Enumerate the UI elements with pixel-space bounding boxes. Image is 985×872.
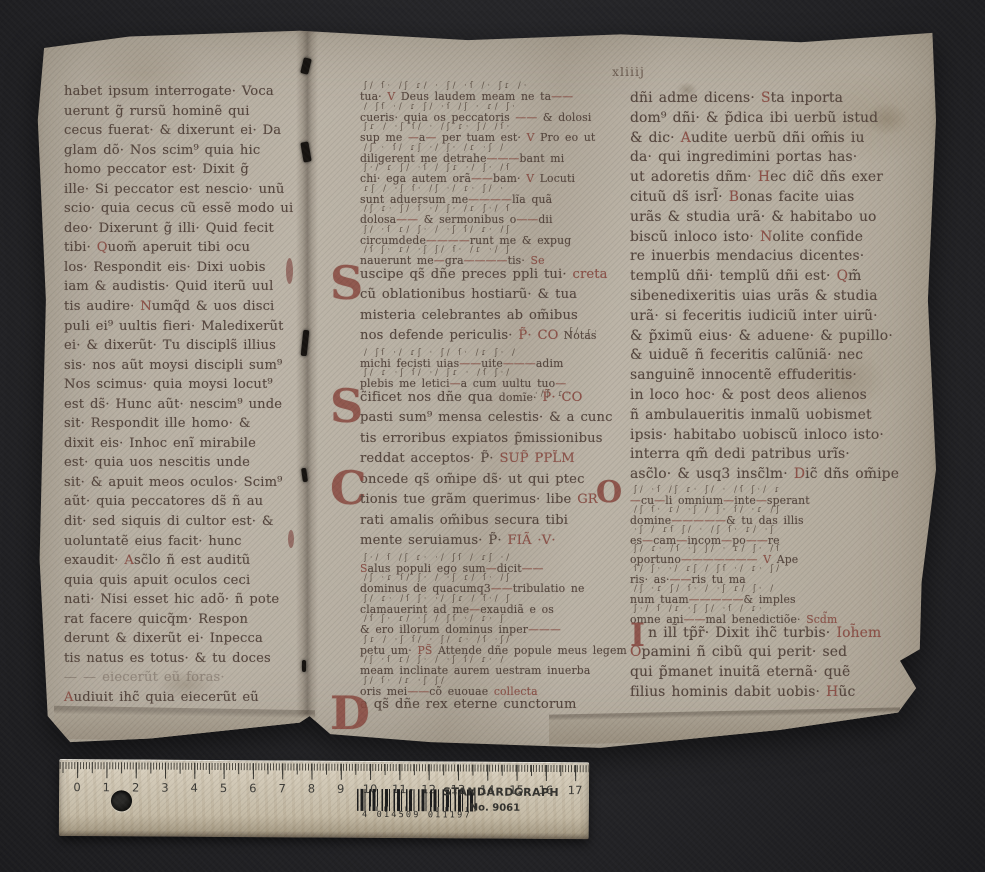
ink-text: tis audire· — [64, 299, 140, 314]
ink-text: qui p̃manet inuitã eternã· quẽ — [630, 664, 850, 680]
ink-text: dixit eis· Inhoc enĩ mirabile — [64, 436, 256, 451]
ink-text: & uiduẽ ñ feceritis calũniã· nec — [630, 347, 863, 363]
illuminated-initial: O — [596, 478, 622, 508]
line-text: glam dõ· Nos scim⁹ quia hic — [64, 143, 260, 158]
ink-text: Locuti — [534, 172, 575, 185]
ink-text: udiuit ihc̃ quia eiecerũt eũ — [74, 690, 259, 705]
text-line: sis· nos aũt moysi discipli sum⁹ — [64, 358, 310, 378]
ink-text: habet ipsum interrogate· Voca — [64, 84, 274, 99]
line-text: est ds̃· Hunc aũt· nescim⁹ unde — [64, 397, 282, 412]
line-text: mente seruiamus· P̃· FIÃ ·V· — [360, 533, 556, 548]
neume-row: /ʃ ſ· ɾ/ ·ʃ / ʃ· ſ/ ·ɾ /ʃ — [634, 505, 782, 515]
text-line: mente seruiamus· P̃· FIÃ ·V· — [360, 533, 612, 554]
line-text: urãs & studia urã· & habitabo uo — [630, 209, 877, 225]
ink-text: templũ dñi· templũ dñi est· — [630, 268, 837, 284]
ruler-cm-number: 1 — [103, 780, 110, 794]
ink-text: tis erroribus expiatos p̃missionibus — [360, 431, 603, 446]
ruler-brand: STANDARDGRAPH — [443, 785, 547, 799]
rubric-text: — — [434, 254, 445, 267]
ink-text: quia quis apuit oculos ceci — [64, 573, 250, 588]
text-line: ʃ·/ ɾ ʃ/ ·ſ / ʃɾ ·/ ʃ· /ſchi· ega autem … — [360, 164, 612, 185]
ruler-model: No. 9061 — [443, 802, 547, 814]
ink-text: dom⁹ dñi· & p̃dica ibi uerbũ istud — [630, 110, 878, 126]
text-line: pasti sum⁹ mensa celestis· & a cunc — [360, 410, 612, 431]
text-line: cũ oblationibus hostiarũ· & tua — [360, 287, 612, 308]
ink-text: sc̃lo ñ est auditũ — [134, 553, 250, 568]
ink-text: in loco hoc· & post deos alienos — [630, 387, 867, 403]
line-text: dit· sed siquis di cultor est· & — [64, 514, 274, 529]
ink-text: aũt· quia peccatores ds̃ ñ au — [64, 494, 263, 509]
ink-text: cũ oblationibus hostiarũ· & tua — [360, 287, 577, 302]
rubric-text: SUP̃ PPL̃M — [499, 451, 574, 466]
rubric-text: H — [758, 169, 770, 185]
neume-row: ʃ·/ ſ /ʃ ɾ· ·/ ʃſ / ɾʃ ·/ — [364, 553, 512, 563]
rubric-text: collecta — [494, 685, 538, 698]
ink-text: & p̃ximũ eius· & aduene· & pupillo· — [630, 328, 893, 344]
text-line: ʃ/ ſ· /ɾ ·ʃ ʃ/oris mei——cõ euouae collec… — [360, 677, 612, 698]
ink-text: biscũ inloco isto· — [630, 229, 760, 245]
neume-row: ʃ/ ·ſ ɾ/ ʃ· / ·ʃ ſ/ ɾ· /ʃ — [364, 225, 512, 235]
text-line: ille· Si peccator est nescio· unũ — [64, 182, 310, 202]
line-text: tis erroribus expiatos p̃missionibus — [360, 431, 603, 446]
text-line: ipsis· habitabo uobiscũ inloco isto· — [630, 427, 942, 447]
ink-text: rat facere quicq̃m· Respon — [64, 612, 248, 627]
text-line: interra qm̃ dedi patribus urĩs· — [630, 446, 942, 466]
ink-text: urãs & studia urã· & habitabo uo — [630, 209, 877, 225]
rubric-text: Se — [531, 254, 545, 267]
neume-row: /ʃ ·ɾ ʃ/ ſ· / ·ʃ ɾ/ ʃ· / — [634, 584, 776, 594]
line-text: & p̃ximũ eius· & aduene· & pupillo· — [630, 328, 893, 344]
line-text: ñ ambulaueritis inmalũ uobismet — [630, 407, 872, 423]
line-text: puli ei⁹ uultis fieri· Maledixerũt — [64, 319, 284, 334]
text-line: quia quis apuit oculos ceci — [64, 573, 310, 593]
rubric-text: N — [140, 299, 152, 314]
line-text: dixit eis· Inhoc enĩ mirabile — [64, 436, 256, 451]
line-text: dñi adme dicens· Sta inporta — [630, 90, 843, 106]
ink-text: Nos scimus· quia moysi locut⁹ — [64, 377, 273, 392]
ink-text: uoluntatẽ eius facit· hunc — [64, 534, 242, 549]
text-line: da· qui ingredimini portas has· — [630, 149, 942, 169]
neume-row: ʃ·/ ɾ ʃ/ ·ſ / ʃɾ ·/ ʃ· /ſ — [364, 163, 512, 173]
line-text: re inuerbis mendacius dicentes· — [630, 248, 864, 264]
ink-text: tibi· — [64, 240, 97, 255]
line-text: sit· & apuit meos oculos· Scim⁹ — [64, 475, 283, 490]
line-text: cituũ ds̃ isrl̃· Bonas facite uias — [630, 189, 854, 205]
ink-text: a qs̃ dñe rex eterne cunctorum — [360, 697, 577, 712]
ink-text: exaudit· — [64, 553, 124, 568]
text-line: ʃ/ ſ· /ʃ ɾ/ · ʃ/ ·ſ /· ʃɾ /·tua· V Deus … — [360, 82, 612, 103]
manuscript-photo: xliiij habet ipsum interrogate· Vocaueru… — [36, 30, 936, 750]
text-line: deo· Dixerunt g̃ illi· Quid fecit — [64, 221, 310, 241]
text-line: in loco hoc· & post deos alienos — [630, 387, 942, 407]
text-line: & p̃ximũ eius· & aduene· & pupillo· — [630, 328, 942, 348]
ink-text: ic̃ dñs om̃ipe — [805, 466, 899, 482]
rubric-text: O — [630, 644, 642, 660]
text-line: qui p̃manet inuitã eternã· quẽ — [630, 664, 942, 684]
text-line: — — eiecerũt eũ foras· — [64, 670, 310, 690]
text-line: /ʃ ·ɾ ʃ/ ſ· / ·ʃ ɾ/ ʃ· /num tuam—————& i… — [630, 585, 942, 605]
text-line: ʃ·/ ſ /ɾ ·ʃ ʃ/ ·ſ / ɾ·omne ani——mal bene… — [630, 605, 942, 625]
text-line: /ſ ʃ· ɾ/ ·ʃ ʃ/ ſ· /ɾ ·/ ʃnauerunt me—gra… — [360, 246, 612, 267]
line-text: Audiuit ihc̃ quia eiecerũt eũ — [64, 690, 259, 705]
text-line: Nos scimus· quia moysi locut⁹ — [64, 377, 310, 397]
text-line: sanguinẽ innocentẽ effuderitis· — [630, 367, 942, 387]
illuminated-initial: D — [330, 693, 370, 734]
text-line: ʃ/ ·ſ /ʃ ɾ· ʃ/ · /ſ ʃ·/ ɾO—cu—li omnium—… — [630, 486, 942, 506]
neume-row: ʃɾ / ·ʃ ſ/ · ʃ/ ɾ· /ſ ·ʃ/ — [364, 635, 512, 645]
line-text: homo peccator est· Dixit g̃ — [64, 162, 249, 177]
ink-text: sibenedixeritis uias urãs & studia — [630, 288, 878, 304]
neume-row: /ſ ʃ· ɾ/ ·ʃ / ʃſ ·/ ɾ· ʃ — [364, 614, 506, 624]
text-line: Concede qs̃ om̃ipe ds̃· ut qui ptec — [360, 472, 612, 493]
ink-text: dñi adme dicens· — [630, 90, 761, 106]
line-text: & uiduẽ ñ feceritis calũniã· nec — [630, 347, 863, 363]
line-text: misteria celebrantes ab om̃ibus — [360, 308, 578, 323]
text-line: derunt & dixerũt ei· Inpecca — [64, 631, 310, 651]
text-line: Opamini ñ cibũ qui perit· sed — [630, 644, 942, 664]
ink-text: cituũ ds̃ isrl̃· — [630, 189, 729, 205]
text-line: ſ/ ʃ· ·/ ɾʃ / ʃſ ·/ ɾ· ʃ/ris· as·——ris t… — [630, 565, 942, 585]
ink-text: sanguinẽ innocentẽ effuderitis· — [630, 367, 857, 383]
neume-row: ʃ/ ɾ· — [364, 327, 600, 337]
text-line: Suscipe qs̃ dñe preces ppli tui· creta — [360, 267, 612, 288]
text-line: ʃ/ ɾ·nos defende periculis· P̃· CO Notas — [360, 328, 612, 349]
text-line: Da qs̃ dñe rex eterne cunctorum — [360, 697, 612, 718]
line-text: in loco hoc· & post deos alienos — [630, 387, 867, 403]
text-line: / ʃſ ·/ ɾ ʃ/ ·ſ /ʃ · ɾ/ ʃ·cueris· quia o… — [360, 103, 612, 124]
text-line: ʃɾ / ·ʃ ſ/ · ʃ/ ɾ· /ſ ·ʃ/petu um· PS̃ At… — [360, 636, 612, 657]
line-text: exaudit· Asc̃lo ñ est auditũ — [64, 553, 250, 568]
line-text: asc̃lo· & usq3 insc̃lm· Dic̃ dñs om̃ipe — [630, 466, 899, 482]
ruler-cm-number: 6 — [249, 781, 256, 795]
neume-row: ʃ/ ɾ· /ſ ·ʃ ʃ/ · ɾ/ ʃ· /ſ — [634, 544, 782, 554]
rubric-text: Q — [97, 240, 108, 255]
rubric-text: D — [794, 466, 805, 482]
text-line: ʃ/ ·ſ ɾ/ ʃ· / ·ʃ ſ/ ɾ· /ʃcircumdede————r… — [360, 226, 612, 247]
line-text: Suscipe qs̃ dñe preces ppli tui· creta — [360, 267, 608, 282]
neume-row: /ſ ʃ· ɾ/ ·ʃ ʃ/ ſ· /ɾ ·/ ʃ — [364, 245, 512, 255]
text-line: asc̃lo· & usq3 insc̃lm· Dic̃ dñs om̃ipe — [630, 466, 942, 486]
text-column-middle: ʃ/ ſ· /ʃ ɾ/ · ʃ/ ·ſ /· ʃɾ /·tua· V Deus … — [360, 82, 612, 718]
line-text: tis audire· Numq̃d & uos disci — [64, 299, 274, 314]
ink-text: uscipe qs̃ dñe preces ppli tui· — [360, 267, 572, 282]
ink-text: nauerunt me — [360, 254, 434, 267]
ink-text: urã· si feceritis iudiciũ inter uirũ· — [630, 308, 878, 324]
ruler-cm-number: 3 — [161, 781, 168, 795]
ink-text: Pro eo ut — [535, 131, 596, 144]
line-text: habet ipsum interrogate· Voca — [64, 84, 274, 99]
ink-text: rati amalis om̃ibus secura tibi — [360, 513, 568, 528]
line-text: Da qs̃ dñe rex eterne cunctorum — [360, 697, 577, 712]
ink-text: uom̃ aperuit tibi ocu — [108, 240, 250, 255]
ink-text: puli ei⁹ uultis fieri· Maledixerũt — [64, 319, 284, 334]
ink-text: tis natus es totus· & tu doces — [64, 651, 271, 666]
text-line: est· quia uos nescitis unde — [64, 455, 310, 475]
text-line: & dic· Audite uerbũ dñi om̃is iu — [630, 130, 942, 150]
ruler-cm-number: 17 — [568, 783, 583, 797]
line-text: da· qui ingredimini portas has· — [630, 149, 857, 165]
rubric-text: B — [729, 189, 739, 205]
rubric-text: A — [681, 130, 691, 146]
text-line: ut adoretis dñm· Hec dic̃ dñs exer — [630, 169, 942, 189]
neume-row: ʃ·/ ſ /ɾ ·ʃ ʃ/ ·ſ / ɾ· — [634, 604, 765, 614]
ink-text: ei· & dixerũt· Tu discipls̃ illius — [64, 338, 276, 353]
text-line: reddat acceptos· P̃· SUP̃ PPL̃M — [360, 451, 612, 472]
ink-text: ta inporta — [771, 90, 843, 106]
line-text: uerunt g̃ rursũ hominẽ qui — [64, 104, 250, 119]
text-line: sit· & apuit meos oculos· Scim⁹ — [64, 475, 310, 495]
line-text: uoluntatẽ eius facit· hunc — [64, 534, 242, 549]
line-text: aũt· quia peccatores ds̃ ñ au — [64, 494, 263, 509]
ruler-brand-block: STANDARDGRAPH No. 9061 — [443, 785, 547, 814]
neume-row: / ʃſ ·/ ɾ ʃ/ ·ſ /ʃ · ɾ/ ʃ· — [364, 102, 518, 112]
line-text: tis natus es totus· & tu doces — [64, 651, 271, 666]
rubric-text: creta — [572, 267, 607, 282]
line-text: — — eiecerũt eũ foras· — [64, 670, 225, 685]
text-line: est ds̃· Hunc aũt· nescim⁹ unde — [64, 397, 310, 417]
ink-text: glam dõ· Nos scim⁹ quia hic — [64, 143, 260, 158]
line-text: filius hominis dabit uobis· Hũc — [630, 684, 855, 700]
text-line: / ʃſ ·/ ɾʃ · ʃ/ ſ· /ɾ ʃ· /michi fecisti … — [360, 349, 612, 370]
ink-text: umq̃d & uos disci — [152, 299, 275, 314]
ink-text: derunt & dixerũt ei· Inpecca — [64, 631, 263, 646]
rubric-text: Q — [837, 268, 849, 284]
folio-number: xliiij — [612, 64, 645, 79]
text-line: glam dõ· Nos scim⁹ quia hic — [64, 143, 310, 163]
ink-text: lĩa quã — [512, 193, 552, 206]
text-line: dom⁹ dñi· & p̃dica ibi uerbũ istud — [630, 110, 942, 130]
ink-text: los· Respondit eis· Dixi uobis — [64, 260, 266, 275]
neume-row: ʃ/ ſ· /ɾ ·ʃ ʃ/ — [364, 676, 447, 686]
ink-text: pamini ñ cibũ qui perit· sed — [642, 644, 848, 660]
line-text: ut adoretis dñm· Hec dic̃ dñs exer — [630, 169, 883, 185]
ink-text: misteria celebrantes ab om̃ibus — [360, 308, 578, 323]
ink-text: cõ euouae — [429, 685, 494, 698]
text-line: cecus fuerat· & dixerunt ei· Da — [64, 123, 310, 143]
ink-text: tis· — [508, 254, 531, 267]
ruler-cm-number: 0 — [73, 780, 80, 794]
line-text: los· Respondit eis· Dixi uobis — [64, 260, 266, 275]
ink-text: ñ ambulaueritis inmalũ uobismet — [630, 407, 872, 423]
text-line: ei· & dixerũt· Tu discipls̃ illius — [64, 338, 310, 358]
text-line: los· Respondit eis· Dixi uobis — [64, 260, 310, 280]
ink-text: ũc — [838, 684, 855, 700]
text-line: ʃ·/ ſ /ʃ ɾ· ·/ ʃſ / ɾʃ ·/Salus populi eg… — [360, 554, 612, 575]
ink-text: ille· Si peccator est nescio· unũ — [64, 182, 284, 197]
ink-text: interra qm̃ dedi patribus urĩs· — [630, 446, 850, 462]
rubric-text: —— — [407, 685, 429, 698]
ink-text: ipsis· habitabo uobiscũ inloco isto· — [630, 427, 884, 443]
neume-row: / ʃſ ·/ ɾʃ · ʃ/ ſ· /ɾ ʃ· / — [364, 348, 518, 358]
ruler-cm-number: 2 — [132, 780, 139, 794]
line-text: rat facere quicq̃m· Respon — [64, 612, 248, 627]
parchment-spread: xliiij habet ipsum interrogate· Vocaueru… — [36, 30, 936, 750]
line-text: Opamini ñ cibũ qui perit· sed — [630, 644, 847, 660]
text-line: sit· Respondit ille homo· & — [64, 416, 310, 436]
ink-text: olite confide — [772, 229, 863, 245]
line-text: qui p̃manet inuitã eternã· quẽ — [630, 664, 850, 680]
text-line: /ʃ ɾ· ʃ/ ſ ·/ ʃ· /ɾ ʃ·/ ſdolosa—— & serm… — [360, 205, 612, 226]
rubric-text: FIÃ ·V· — [507, 533, 555, 548]
neume-row: /ʃ ·ɾ ſ/ ʃ· / ·ʃ ɾ/ ſ· /ʃ — [364, 573, 512, 583]
text-line: urãs & studia urã· & habitabo uo — [630, 209, 942, 229]
text-line: /ʃ · ſ/ ɾʃ ·/ ʃ· /ɾ ·ʃ /diligerent me de… — [360, 144, 612, 165]
rubric-text: GR — [577, 492, 598, 507]
text-line: In ill̃ tp̃r̃· Dixit ihc̃ turbis· Ioh̃em — [630, 625, 942, 645]
neume-row: ʃ/ ɾ ·ʃ ſ/ ·/ ʃɾ · /ſ ʃ·/ — [364, 368, 512, 378]
ink-text: oncede qs̃ om̃ipe ds̃· ut qui ptec — [360, 472, 585, 487]
text-line: homo peccator est· Dixit g̃ — [64, 162, 310, 182]
rubric-text: S — [761, 90, 771, 106]
ink-text: sit· Respondit ille homo· & — [64, 416, 251, 431]
ink-text: scio· quia cecus cũ essẽ modo ui — [64, 201, 293, 216]
rubric-text: —— — [515, 111, 537, 124]
line-text: est· quia uos nescitis unde — [64, 455, 250, 470]
line-text: derunt & dixerũt ei· Inpecca — [64, 631, 263, 646]
line-text: nati· Nisi esset hic adõ· ñ pote — [64, 592, 279, 607]
ruler-cm-number: 4 — [191, 781, 198, 795]
ink-text: pasti sum⁹ mensa celestis· & a cunc — [360, 410, 613, 425]
text-line: nati· Nisi esset hic adõ· ñ pote — [64, 592, 310, 612]
ink-text: mente seruiamus· P̃· — [360, 533, 507, 548]
ink-text: onas facite uias — [739, 189, 854, 205]
text-line: ʃ/ ɾ· /ſ ·ʃ ʃ/ · ɾ/ ʃ· /ſoportuno———————… — [630, 545, 942, 565]
ink-text: bant mi — [519, 152, 564, 165]
rubric-text: V — [526, 172, 534, 185]
ink-text: dit· sed siquis di cultor est· & — [64, 514, 274, 529]
text-line: dit· sed siquis di cultor est· & — [64, 514, 310, 534]
text-line: templũ dñi· templũ dñi est· Qm̃ — [630, 268, 942, 288]
text-line: aũt· quia peccatores ds̃ ñ au — [64, 494, 310, 514]
text-line: ɾʃ / ·ʃ ſ· /ʃ ·/ ɾ· ʃ/ ·sunt aduersum me… — [360, 185, 612, 206]
line-text: Nos scimus· quia moysi locut⁹ — [64, 377, 273, 392]
text-line: habet ipsum interrogate· Voca — [64, 84, 310, 104]
rubric-text: —— — [516, 213, 538, 226]
text-line: filius hominis dabit uobis· Hũc — [630, 684, 942, 704]
rubric-text: ——— — [528, 623, 561, 636]
line-text: tionis tue grãm querimus· libe GR — [360, 492, 598, 507]
ink-text: asc̃lo· & usq3 insc̃lm· — [630, 466, 794, 482]
neume-row: /ʃ · ſ/ ɾʃ ·/ ʃ· /ɾ ·ʃ / — [364, 143, 506, 153]
illuminated-initial: S — [330, 386, 363, 427]
line-text: sit· Respondit ille homo· & — [64, 416, 251, 431]
ink-text: re inuerbis mendacius dicentes· — [630, 248, 864, 264]
line-text: quia quis apuit oculos ceci — [64, 573, 250, 588]
ink-text: filius hominis dabit uobis· — [630, 684, 826, 700]
line-text: biscũ inloco isto· Nolite confide — [630, 229, 863, 245]
text-line: ·/ʃ ɾ·Sc̃ificet nos dñe qua domĩe· P̃· C… — [360, 390, 612, 411]
text-column-right: dñi adme dicens· Sta inportadom⁹ dñi· & … — [630, 90, 942, 704]
line-text: templũ dñi· templũ dñi est· Qm̃ — [630, 268, 862, 284]
line-text: deo· Dixerunt g̃ illi· Quid fecit — [64, 221, 274, 236]
text-line: /ſ ʃ· ɾ/ ·ʃ / ʃſ ·/ ɾ· ʃ& ero illorum do… — [360, 615, 612, 636]
rubric-text: H — [826, 684, 838, 700]
ink-text: & dolosi — [537, 111, 591, 124]
text-line: exaudit· Asc̃lo ñ est auditũ — [64, 553, 310, 573]
text-line: biscũ inloco isto· Nolite confide — [630, 229, 942, 249]
ink-text: nati· Nisi esset hic adõ· ñ pote — [64, 592, 279, 607]
rubric-text: N — [760, 229, 772, 245]
rubric-text: —— — [522, 562, 544, 575]
ink-text: uerunt g̃ rursũ hominẽ qui — [64, 104, 250, 119]
line-text: interra qm̃ dedi patribus urĩs· — [630, 446, 850, 462]
text-line: misteria celebrantes ab om̃ibus — [360, 308, 612, 329]
text-line: iam & audistis· Quid iterũ uul — [64, 279, 310, 299]
ink-text: reddat acceptos· P̃· — [360, 451, 499, 466]
ink-text: adim — [536, 357, 564, 370]
text-line: ʃɾ / ·ʃ ſ/ · /ʃ ɾ· ʃ/ /ſ·sup me —a— per … — [360, 123, 612, 144]
ink-text: — — eiecerũt eũ foras· — [64, 670, 225, 685]
text-line: rati amalis om̃ibus secura tibi — [360, 513, 612, 534]
text-line: cituũ ds̃ isrl̃· Bonas facite uias — [630, 189, 942, 209]
text-line: & uiduẽ ñ feceritis calũniã· nec — [630, 347, 942, 367]
neume-row: ʃɾ / ·ʃ ſ/ · /ʃ ɾ· ʃ/ /ſ· — [364, 122, 512, 132]
text-line: tis erroribus expiatos p̃missionibus — [360, 431, 612, 452]
line-text: sanguinẽ innocentẽ effuderitis· — [630, 367, 857, 383]
ink-text: homo peccator est· Dixit g̃ — [64, 162, 249, 177]
ink-text: sit· & apuit meos oculos· Scim⁹ — [64, 475, 283, 490]
text-line: /ʃ ·ſ ɾ/ ʃ· / ·ʃ ſ/ ɾ· /meam inclinate a… — [360, 656, 612, 677]
ink-text: cecus fuerat· & dixerunt ei· Da — [64, 123, 281, 138]
line-text: tibi· Quom̃ aperuit tibi ocu — [64, 240, 250, 255]
text-line: ·ʃ / ɾſ ʃ/ · /ʃ ſ· ɾ/ ·ʃes—cam—incom—po—… — [630, 526, 942, 546]
text-line: sibenedixeritis uias urãs & studia — [630, 288, 942, 308]
text-line: puli ei⁹ uultis fieri· Maledixerũt — [64, 319, 310, 339]
ruler-cm-number: 7 — [278, 781, 285, 795]
text-line: re inuerbis mendacius dicentes· — [630, 248, 942, 268]
text-line: uerunt g̃ rursũ hominẽ qui — [64, 104, 310, 124]
line-text: cecus fuerat· & dixerunt ei· Da — [64, 123, 281, 138]
ruler-cm-number: 5 — [220, 781, 227, 795]
ink-text: sis· nos aũt moysi discipli sum⁹ — [64, 358, 282, 373]
text-column-left: habet ipsum interrogate· Vocauerunt g̃ r… — [64, 84, 310, 710]
ruler-cm-number: 8 — [308, 782, 315, 796]
text-line: scio· quia cecus cũ essẽ modo ui — [64, 201, 310, 221]
ink-text: da· qui ingredimini portas has· — [630, 149, 857, 165]
ink-text: & dic· — [630, 130, 681, 146]
text-line: tionis tue grãm querimus· libe GR — [360, 492, 612, 513]
line-text: & dic· Audite uerbũ dñi om̃is iu — [630, 130, 865, 146]
line-text: ei· & dixerũt· Tu discipls̃ illius — [64, 338, 276, 353]
ink-text: dii — [538, 213, 552, 226]
line-text: rati amalis om̃ibus secura tibi — [360, 513, 568, 528]
rubric-text: V — [527, 131, 535, 144]
line-text: sis· nos aũt moysi discipli sum⁹ — [64, 358, 282, 373]
ink-text: est ds̃· Hunc aũt· nescim⁹ unde — [64, 397, 282, 412]
line-text: Concede qs̃ om̃ipe ds̃· ut qui ptec — [360, 472, 585, 487]
ruler-hole — [111, 790, 132, 811]
neume-row: ʃ/ ſ· /ʃ ɾ/ · ʃ/ ·ſ /· ʃɾ /· — [364, 81, 529, 91]
line-text: ille· Si peccator est nescio· unũ — [64, 182, 284, 197]
ink-text: deo· Dixerunt g̃ illi· Quid fecit — [64, 221, 274, 236]
ink-text: ec dic̃ dñs exer — [770, 169, 883, 185]
under-leaf-edge — [54, 706, 315, 744]
rubric-text: ———— — [464, 254, 508, 267]
line-text: iam & audistis· Quid iterũ uul — [64, 279, 273, 294]
text-line: tis audire· Numq̃d & uos disci — [64, 299, 310, 319]
rubric-text: A — [124, 553, 134, 568]
ink-text: tribulatio ne — [513, 582, 585, 595]
illuminated-initial: S — [330, 263, 363, 304]
text-line: Audiuit ihc̃ quia eiecerũt eũ — [64, 690, 310, 710]
text-line: urã· si feceritis iudiciũ inter uirũ· — [630, 308, 942, 328]
line-text: In ill̃ tp̃r̃· Dixit ihc̃ turbis· Ioh̃em — [630, 625, 881, 641]
ruler: 01234567891011121314151617 4 014509 0111… — [59, 759, 589, 839]
text-line: /ʃ ·ɾ ſ/ ʃ· / ·ʃ ɾ/ ſ· /ʃdominus de quac… — [360, 574, 612, 595]
ink-text: tionis tue grãm querimus· libe — [360, 492, 577, 507]
rubric-text: —— — [551, 90, 573, 103]
neume-row: ʃ/ ɾ· /ſ ʃ· ·/ ʃɾ / ſ·/ ʃ — [364, 594, 512, 604]
